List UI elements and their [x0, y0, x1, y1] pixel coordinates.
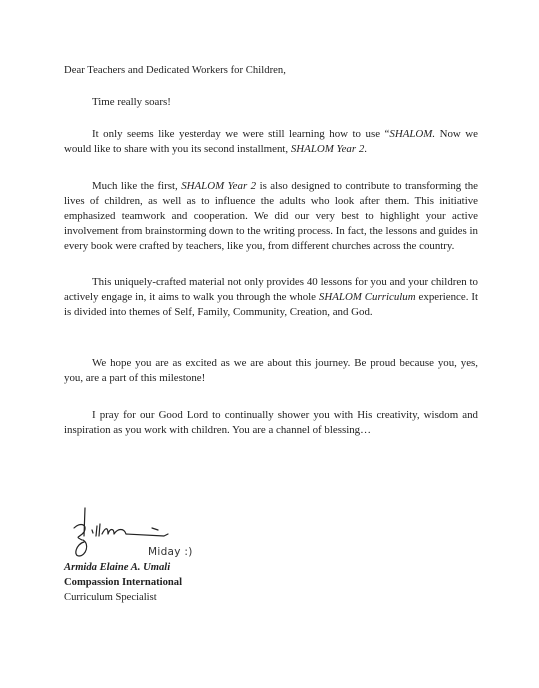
paragraph-text: I pray for our Good Lord to continually … — [64, 409, 478, 436]
paragraph-text: Time really soars! — [92, 96, 171, 108]
emphasis-shalom-year-2: SHALOM Year 2 — [181, 180, 256, 192]
salutation: Dear Teachers and Dedicated Workers for … — [64, 63, 478, 78]
paragraph-text: It only seems like yesterday we were sti… — [92, 128, 389, 140]
letter-page: Dear Teachers and Dedicated Workers for … — [0, 0, 539, 688]
paragraph-text: . — [364, 143, 367, 155]
paragraph-text: Much like the first, — [92, 180, 181, 192]
signatory-organization: Compassion International — [64, 577, 182, 588]
paragraph-prayer: I pray for our Good Lord to continually … — [64, 408, 478, 438]
emphasis-shalom: SHALOM. — [389, 128, 435, 140]
emphasis-shalom-year-2: SHALOM Year 2 — [291, 143, 364, 155]
paragraph-shalom-intro: It only seems like yesterday we were sti… — [64, 127, 478, 157]
signatory-title: Curriculum Specialist — [64, 592, 157, 603]
handwritten-note: Miday :) — [148, 546, 193, 558]
paragraph-milestone: We hope you are as excited as we are abo… — [64, 356, 478, 386]
paragraph-curriculum: This uniquely-crafted material not only … — [64, 275, 478, 320]
paragraph-design: Much like the first, SHALOM Year 2 is al… — [64, 179, 478, 254]
signatory-name: Armida Elaine A. Umali — [64, 562, 170, 573]
emphasis-shalom-curriculum: SHALOM Curriculum — [319, 291, 416, 303]
paragraph-text: We hope you are as excited as we are abo… — [64, 357, 478, 384]
paragraph-opening: Time really soars! — [64, 95, 478, 110]
